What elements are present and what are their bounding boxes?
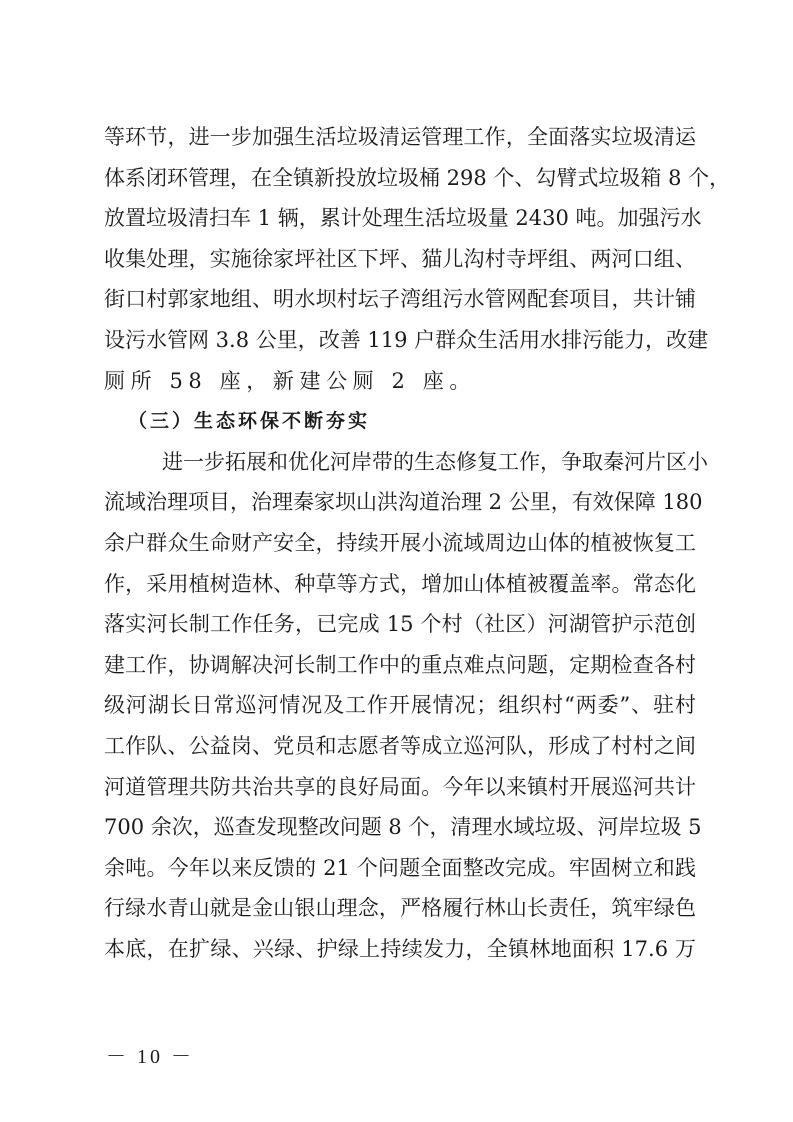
paragraph-line: 作，采用植树造林、种草等方式，增加山体植被覆盖率。常态化 [104,564,696,605]
paragraph-line: 建工作，协调解决河长制工作中的重点难点问题，定期检查各村 [104,645,696,686]
paragraph-line: 收集处理，实施徐家坪社区下坪、猫儿沟村寺坪组、两河口组、 [104,239,696,280]
paragraph-line: 街口村郭家地组、明水坝村坛子湾组污水管网配套项目，共计铺 [104,279,696,320]
paragraph-line: 设污水管网 3.8 公里，改善 119 户群众生活用水排污能力，改建 [104,320,696,361]
paragraph-line: 级河湖长日常巡河情况及工作开展情况；组织村“两委”、驻村 [104,685,696,726]
paragraph-line: 体系闭环管理，在全镇新投放垃圾桶 298 个、勾臂式垃圾箱 8 个， [104,158,696,199]
paragraph-line: 余吨。今年以来反馈的 21 个问题全面整改完成。牢固树立和践 [104,848,696,889]
paragraph-line: 落实河长制工作任务，已完成 15 个村（社区）河湖管护示范创 [104,604,696,645]
paragraph-line: 流域治理项目，治理秦家坝山洪沟道治理 2 公里，有效保障 180 [104,482,696,523]
paragraph-line: 河道管理共防共治共享的良好局面。今年以来镇村开展巡河共计 [104,767,696,808]
paragraph-line: 行绿水青山就是金山银山理念，严格履行林山长责任，筑牢绿色 [104,888,696,929]
paragraph-line-first: 进一步拓展和优化河岸带的生态修复工作，争取秦河片区小 [104,442,696,483]
paragraph-line-last: 厕所 58 座，新建公厕 2 座。 [104,361,696,402]
paragraph-line: 余户群众生命财产安全，持续开展小流域周边山体的植被恢复工 [104,523,696,564]
paragraph-line: 工作队、公益岗、党员和志愿者等成立巡河队，形成了村村之间 [104,726,696,767]
paragraph-line: 本底，在扩绿、兴绿、护绿上持续发力，全镇林地面积 17.6 万 [104,929,696,970]
paragraph-line: 700 余次，巡查发现整改问题 8 个，清理水域垃圾、河岸垃圾 5 [104,807,696,848]
document-page: 等环节，进一步加强生活垃圾清运管理工作，全面落实垃圾清运 体系闭环管理，在全镇新… [0,0,793,1122]
paragraph-line: 放置垃圾清扫车 1 辆，累计处理生活垃圾量 2430 吨。加强污水 [104,198,696,239]
paragraph-line: 等环节，进一步加强生活垃圾清运管理工作，全面落实垃圾清运 [104,117,696,158]
section-heading: （三）生态环保不断夯实 [104,401,696,442]
page-number: － 10 － [106,1040,194,1069]
document-body: 等环节，进一步加强生活垃圾清运管理工作，全面落实垃圾清运 体系闭环管理，在全镇新… [104,117,696,969]
